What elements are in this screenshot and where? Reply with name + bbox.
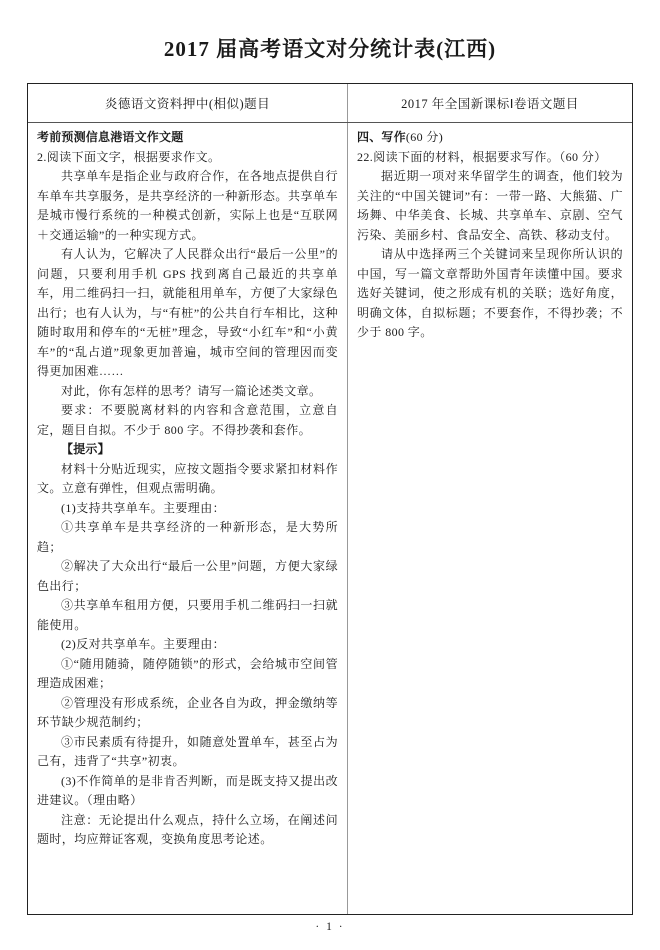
document-page: 2017 届高考语文对分统计表(江西) 炎德语文资料押中(相似)题目 2017 …: [0, 0, 660, 950]
column-header-left: 炎德语文资料押中(相似)题目: [28, 84, 348, 122]
paragraph: 注意：无论提出什么观点，持什么立场，在阐述问题时，均应辩证客观，变换角度思考论述…: [37, 811, 338, 850]
comparison-table: 炎德语文资料押中(相似)题目 2017 年全国新课标Ⅰ卷语文题目 考前预测信息港…: [27, 83, 633, 915]
paragraph: ③共享单车租用方便，只要用手机二维码扫一扫就能使用。: [37, 596, 338, 635]
page-number: · 1 ·: [0, 921, 660, 933]
paragraph: 材料十分贴近现实，应按文题指令要求紧扣材料作文。立意有弹性，但观点需明确。: [37, 460, 338, 499]
page-title: 2017 届高考语文对分统计表(江西): [0, 33, 660, 63]
paragraph: (3)不作简单的是非肯否判断，而是既支持又提出改进建议。（理由略）: [37, 772, 338, 811]
hint-label: 【提示】: [37, 440, 338, 460]
section-title: 四、写作: [357, 130, 406, 144]
paragraph: 据近期一项对来华留学生的调查，他们较为关注的“中国关键词”有：一带一路、大熊猫、…: [357, 167, 623, 245]
paragraph: 共享单车是指企业与政府合作，在各地点提供自行车单车共享服务，是共享经济的一种新形…: [37, 167, 338, 245]
right-section-heading: 四、写作(60 分): [357, 128, 623, 148]
paragraph: ①共享单车是共享经济的一种新形态，是大势所趋；: [37, 518, 338, 557]
paragraph: (1)支持共享单车。主要理由：: [37, 499, 338, 519]
paragraph: 对此，你有怎样的思考？请写一篇论述类文章。: [37, 382, 338, 402]
paragraph: ②解决了大众出行“最后一公里”问题，方便大家绿色出行；: [37, 557, 338, 596]
left-section-heading: 考前预测信息港语文作文题: [37, 128, 338, 148]
table-header-row: 炎德语文资料押中(相似)题目 2017 年全国新课标Ⅰ卷语文题目: [28, 84, 632, 123]
section-score: (60 分): [406, 130, 443, 144]
table-body-row: 考前预测信息港语文作文题 2.阅读下面文字，根据要求作文。 共享单车是指企业与政…: [28, 123, 632, 914]
paragraph: 请从中选择两三个关键词来呈现你所认识的中国，写一篇文章帮助外国青年读懂中国。要求…: [357, 245, 623, 343]
right-column-cell: 四、写作(60 分) 22.阅读下面的材料，根据要求写作。（60 分） 据近期一…: [348, 123, 632, 914]
paragraph: (2)反对共享单车。主要理由：: [37, 635, 338, 655]
left-column-cell: 考前预测信息港语文作文题 2.阅读下面文字，根据要求作文。 共享单车是指企业与政…: [28, 123, 348, 914]
paragraph: 有人认为，它解决了人民群众出行“最后一公里”的问题，只要利用手机 GPS 找到离…: [37, 245, 338, 382]
column-header-right: 2017 年全国新课标Ⅰ卷语文题目: [348, 84, 632, 122]
paragraph: 要求：不要脱离材料的内容和含意范围，立意自定，题目自拟。不少于 800 字。不得…: [37, 401, 338, 440]
paragraph: 2.阅读下面文字，根据要求作文。: [37, 148, 338, 168]
paragraph: ①“随用随骑，随停随锁”的形式，会给城市空间管理造成困难；: [37, 655, 338, 694]
paragraph: ②管理没有形成系统，企业各自为政，押金缴纳等环节缺少规范制约；: [37, 694, 338, 733]
paragraph: 22.阅读下面的材料，根据要求写作。（60 分）: [357, 148, 623, 168]
paragraph: ③市民素质有待提升，如随意处置单车，甚至占为己有，违背了“共享”初衷。: [37, 733, 338, 772]
